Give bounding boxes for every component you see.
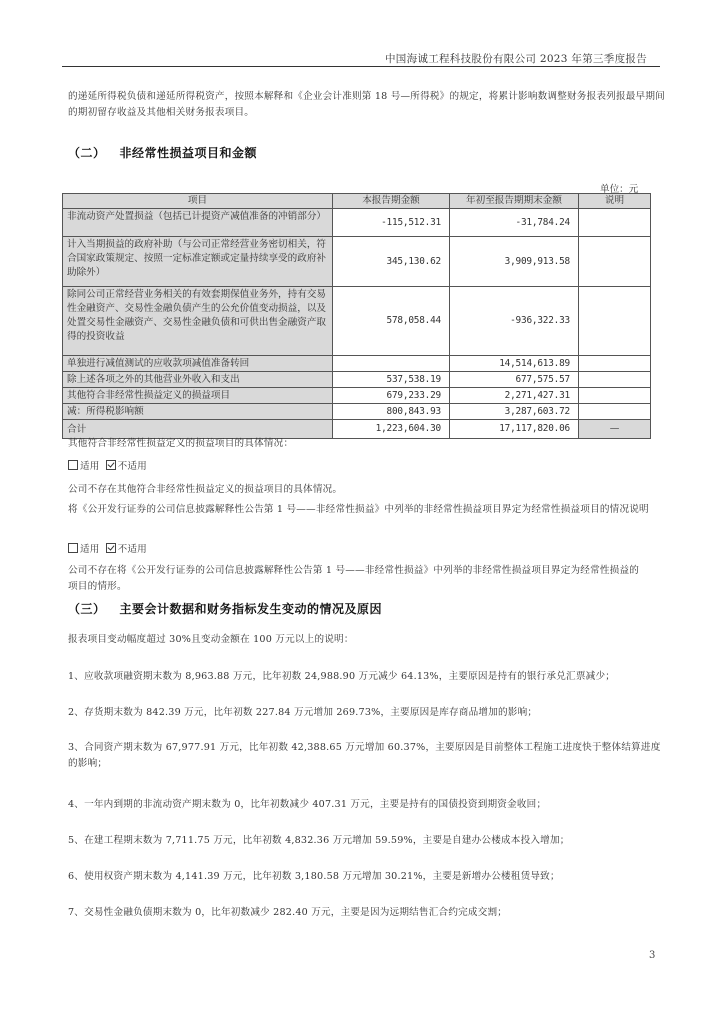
- row-current: 345,130.62: [333, 237, 450, 287]
- row-ytd: 3,287,603.72: [450, 404, 579, 420]
- row-item: 单独进行减值测试的应收款项减值准备转回: [63, 356, 333, 372]
- section-2-number: （二）: [68, 146, 106, 160]
- reclass-label: 将《公开发行证券的公司信息披露解释性公告第 1 号——非经常性损益》中列举的非经…: [68, 502, 658, 518]
- row-note: [579, 388, 651, 404]
- applicability-options-1: 适用不适用: [68, 459, 668, 475]
- reclass-text: 公司不存在将《公开发行证券的公司信息披露解释性公告第 1 号——非经常性损益》中…: [68, 563, 648, 595]
- table-row: 非流动资产处置损益（包括已计提资产减值准备的冲销部分） -115,512.31 …: [63, 209, 651, 237]
- row-note: [579, 287, 651, 356]
- other-items-text: 公司不存在其他符合非经常性损益定义的损益项目的具体情况。: [68, 482, 668, 498]
- col-header-note: 说明: [579, 194, 651, 209]
- non-recurring-gains-table: 项目 本报告期金额 年初至报告期期末金额 说明 非流动资产处置损益（包括已计提资…: [62, 193, 651, 439]
- section-2-heading: （二）非经常性损益项目和金额: [68, 144, 257, 161]
- checkbox-unchecked-icon[interactable]: [68, 543, 78, 553]
- row-ytd: 3,909,913.58: [450, 237, 579, 287]
- option-not-applicable[interactable]: 不适用: [106, 544, 147, 555]
- change-item-6: 6、使用权资产期末数为 4,141.39 万元，比年初数 3,180.58 万元…: [68, 869, 708, 885]
- table-row: 其他符合非经常性损益定义的损益项目 679,233.29 2,271,427.3…: [63, 388, 651, 404]
- row-item: 减：所得税影响额: [63, 404, 333, 420]
- section-3-intro: 报表项目变动幅度超过 30%且变动金额在 100 万元以上的说明：: [68, 632, 668, 648]
- row-current: 679,233.29: [333, 388, 450, 404]
- row-ytd: -936,322.33: [450, 287, 579, 356]
- section-3-number: （三）: [68, 602, 106, 616]
- row-current: 800,843.93: [333, 404, 450, 420]
- row-ytd: 14,514,613.89: [450, 356, 579, 372]
- change-item-1: 1、应收款项融资期末数为 8,963.88 万元，比年初数 24,988.90 …: [68, 669, 708, 685]
- row-note: [579, 404, 651, 420]
- header-divider: [62, 66, 660, 67]
- change-item-5: 5、在建工程期末数为 7,711.75 万元，比年初数 4,832.36 万元增…: [68, 833, 708, 849]
- option-applicable[interactable]: 适用: [68, 544, 100, 555]
- table-row: 计入当期损益的政府补助（与公司正常经营业务密切相关，符合国家政策规定、按照一定标…: [63, 237, 651, 287]
- row-item: 计入当期损益的政府补助（与公司正常经营业务密切相关，符合国家政策规定、按照一定标…: [63, 237, 333, 287]
- checkbox-checked-icon[interactable]: [106, 460, 116, 470]
- section-3-title: 主要会计数据和财务指标发生变动的情况及原因: [120, 602, 383, 616]
- change-item-7: 7、交易性金融负债期末数为 0，比年初数减少 282.40 万元，主要是因为远期…: [68, 905, 708, 921]
- table-row: 减：所得税影响额 800,843.93 3,287,603.72: [63, 404, 651, 420]
- row-note: [579, 356, 651, 372]
- row-current: [333, 356, 450, 372]
- table-row: 除同公司正常经营业务相关的有效套期保值业务外，持有交易性金融资产、交易性金融负债…: [63, 287, 651, 356]
- col-header-current: 本报告期金额: [333, 194, 450, 209]
- option-not-applicable[interactable]: 不适用: [106, 461, 147, 472]
- change-item-3: 3、合同资产期末数为 67,977.91 万元，比年初数 42,388.65 万…: [68, 740, 668, 772]
- col-header-item: 项目: [63, 194, 333, 209]
- section-2-title: 非经常性损益项目和金额: [120, 146, 258, 160]
- page-number: 3: [649, 950, 655, 961]
- section-3-heading: （三）主要会计数据和财务指标发生变动的情况及原因: [68, 600, 382, 617]
- row-item: 除同公司正常经营业务相关的有效套期保值业务外，持有交易性金融资产、交易性金融负债…: [63, 287, 333, 356]
- row-ytd: 2,271,427.31: [450, 388, 579, 404]
- change-item-2: 2、存货期末数为 842.39 万元，比年初数 227.84 万元增加 269.…: [68, 705, 708, 721]
- row-item: 除上述各项之外的其他营业外收入和支出: [63, 372, 333, 388]
- option-applicable[interactable]: 适用: [68, 461, 100, 472]
- report-header-title: 中国海诚工程科技股份有限公司 2023 年第三季度报告: [385, 51, 655, 66]
- table-row: 除上述各项之外的其他营业外收入和支出 537,538.19 677,575.57: [63, 372, 651, 388]
- checkbox-unchecked-icon[interactable]: [68, 460, 78, 470]
- row-note: [579, 372, 651, 388]
- row-current: 578,058.44: [333, 287, 450, 356]
- table-row: 单独进行减值测试的应收款项减值准备转回 14,514,613.89: [63, 356, 651, 372]
- intro-paragraph: 的递延所得税负债和递延所得税资产，按照本解释和《企业会计准则第 18 号—所得税…: [68, 89, 668, 121]
- checkbox-checked-icon[interactable]: [106, 543, 116, 553]
- applicability-options-2: 适用不适用: [68, 542, 668, 558]
- row-ytd: -31,784.24: [450, 209, 579, 237]
- row-current: -115,512.31: [333, 209, 450, 237]
- row-item: 其他符合非经常性损益定义的损益项目: [63, 388, 333, 404]
- change-item-4: 4、一年内到期的非流动资产期末数为 0，比年初数减少 407.31 万元，主要是…: [68, 797, 708, 813]
- row-ytd: 677,575.57: [450, 372, 579, 388]
- table-header-row: 项目 本报告期金额 年初至报告期期末金额 说明: [63, 194, 651, 209]
- row-note: [579, 209, 651, 237]
- row-current: 537,538.19: [333, 372, 450, 388]
- col-header-ytd: 年初至报告期期末金额: [450, 194, 579, 209]
- row-item: 非流动资产处置损益（包括已计提资产减值准备的冲销部分）: [63, 209, 333, 237]
- other-items-label: 其他符合非经常性损益定义的损益项目的具体情况：: [68, 436, 668, 452]
- row-note: [579, 237, 651, 287]
